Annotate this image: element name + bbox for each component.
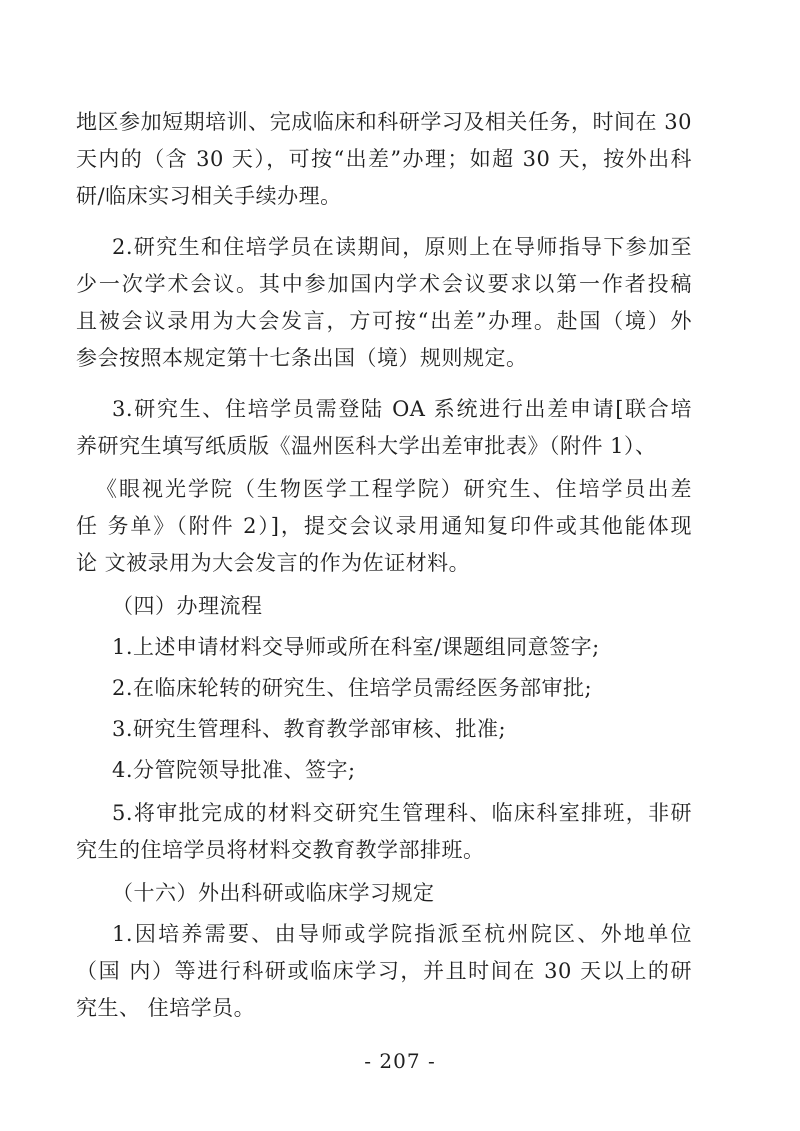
doc-line: 3.研究生、住培学员需登陆 OA 系统进行出差申请[联合培 — [76, 391, 692, 428]
section-heading: （四）办理流程 — [76, 588, 692, 625]
list-item: 2.在临床轮转的研究生、住培学员需经医务部审批; — [76, 670, 692, 707]
document-body: 地区参加短期培训、完成临床和科研学习及相关任务，时间在 30 天内的（含 30 … — [76, 104, 692, 1027]
list-item: 3.研究生管理科、教育教学部审核、批准; — [76, 711, 692, 748]
doc-line: 研/临床实习相关手续办理。 — [76, 178, 692, 215]
doc-line: 《眼视光学院（生物医学工程学院）研究生、住培学员出差 — [76, 471, 692, 508]
doc-line: 1.因培养需要、由导师或学院指派至杭州院区、外地单位 — [76, 916, 692, 953]
doc-line: 究生、 住培学员。 — [76, 990, 692, 1027]
doc-line: 2.研究生和住培学员在读期间，原则上在导师指导下参加至 — [76, 229, 692, 266]
document-page: 地区参加短期培训、完成临床和科研学习及相关任务，时间在 30 天内的（含 30 … — [0, 0, 800, 1131]
doc-line: 论 文被录用为大会发言的作为佐证材料。 — [76, 545, 692, 582]
doc-line: 少一次学术会议。其中参加国内学术会议要求以第一作者投稿 — [76, 266, 692, 303]
doc-line: 任 务单》（附件 2）]，提交会议录用通知复印件或其他能体现 — [76, 508, 692, 545]
doc-line: （国 内）等进行科研或临床学习，并且时间在 30 天以上的研 — [76, 953, 692, 990]
doc-line: 天内的（含 30 天），可按“出差”办理；如超 30 天，按外出科 — [76, 141, 692, 178]
list-item: 4.分管院领导批准、签字; — [76, 752, 692, 789]
doc-line: 养研究生填写纸质版《温州医科大学出差审批表》（附件 1）、 — [76, 428, 692, 465]
list-item: 1.上述申请材料交导师或所在科室/课题组同意签字; — [76, 629, 692, 666]
section-heading: （十六）外出科研或临床学习规定 — [76, 875, 692, 912]
doc-line: 参会按照本规定第十七条出国（境）规则规定。 — [76, 340, 692, 377]
list-item: 5.将审批完成的材料交研究生管理科、临床科室排班，非研 — [76, 795, 692, 832]
doc-line: 究生的住培学员将材料交教育教学部排班。 — [76, 832, 692, 869]
page-number: - 207 - — [0, 1049, 800, 1073]
doc-line: 地区参加短期培训、完成临床和科研学习及相关任务，时间在 30 — [76, 104, 692, 141]
doc-line: 且被会议录用为大会发言，方可按“出差”办理。赴国（境）外 — [76, 303, 692, 340]
